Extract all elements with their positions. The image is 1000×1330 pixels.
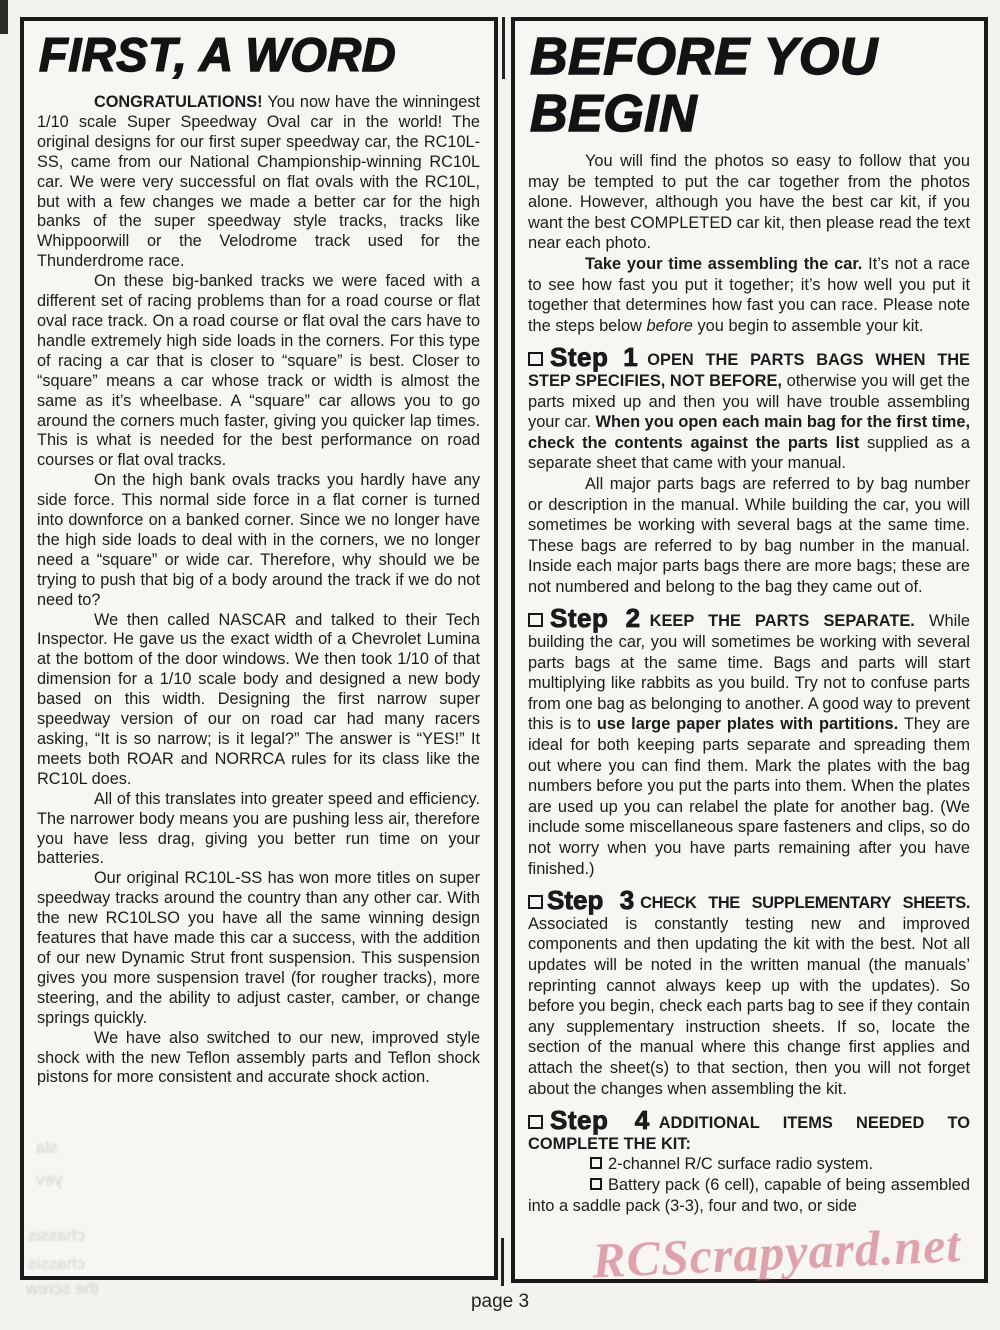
text-run: On these big-banked tracks we were faced… xyxy=(37,272,480,469)
step-3-label: Step 3 xyxy=(547,885,634,915)
step-4-label: Step 4 xyxy=(550,1105,650,1135)
checkbox-icon xyxy=(528,352,543,366)
page-fold-artifact-top xyxy=(502,17,505,79)
first-a-word-title: FIRST, A WORD xyxy=(39,29,480,81)
text-run: We have also switched to our new, improv… xyxy=(37,1029,480,1087)
step-4-item-radio: 2-channel R/C surface radio system. xyxy=(528,1154,970,1175)
scanned-manual-page: { "page": { "number_label": "page 3", "b… xyxy=(0,0,1000,1330)
step-3-paragraph: Step 3CHECK THE SUPPLEMENTARY SHEETS. As… xyxy=(528,889,970,1099)
paragraph: Our original RC10L-SS has won more title… xyxy=(37,869,480,1028)
text-run: On the high bank ovals tracks you hardly… xyxy=(37,471,480,608)
step-2-paragraph: Step 2KEEP THE PARTS SEPARATE. While bui… xyxy=(528,607,970,879)
congratulations-paragraph: CONGRATULATIONS! You now have the winnin… xyxy=(37,93,480,272)
bleed-through-text: chassis xyxy=(28,1226,85,1246)
paragraph: Take your time assembling the car. It’s … xyxy=(528,254,970,336)
text-run: You now have the winningest 1/10 scale S… xyxy=(37,93,480,270)
scan-corner-artifact xyxy=(0,0,8,34)
text-run: We then called NASCAR and talked to thei… xyxy=(37,611,480,788)
step-4-paragraph: Step 4ADDITIONAL ITEMS NEEDED TO COMPLET… xyxy=(528,1109,970,1154)
take-your-time-lead: Take your time assembling the car. xyxy=(585,255,862,273)
before-you-begin-title-line1: BEFORE YOU xyxy=(530,29,970,86)
text-run: Our original RC10L-SS has won more title… xyxy=(37,869,480,1026)
text-run: All of this translates into greater spee… xyxy=(37,790,480,868)
checkbox-icon xyxy=(528,895,543,909)
step-1-label: Step 1 xyxy=(550,342,638,372)
bleed-through-text: the screw xyxy=(26,1279,99,1299)
step-3-heading: CHECK THE SUPPLEMENTARY SHEETS. xyxy=(640,894,970,912)
step-2-heading: KEEP THE PARTS SEPARATE. xyxy=(650,612,915,630)
checkbox-icon xyxy=(590,1157,602,1169)
before-you-begin-body: You will find the photos so easy to foll… xyxy=(528,151,970,1216)
text-run: you begin to assemble your kit. xyxy=(693,317,924,335)
paragraph: You will find the photos so easy to foll… xyxy=(528,151,970,254)
before-you-begin-title-line2: BEGIN xyxy=(530,86,970,143)
paragraph: All of this translates into greater spee… xyxy=(37,790,480,870)
paragraph: On these big-banked tracks we were faced… xyxy=(37,272,480,471)
text-run: Associated is constantly testing new and… xyxy=(528,915,970,1098)
checkbox-icon xyxy=(528,613,543,627)
congratulations-lead: CONGRATULATIONS! xyxy=(94,93,263,111)
step-4-item-battery: Battery pack (6 cell), capable of being … xyxy=(528,1175,970,1216)
before-you-begin-panel: BEFORE YOU BEGIN You will find the photo… xyxy=(511,17,988,1283)
bleed-through-text: sla xyxy=(36,1138,58,1158)
paragraph: We have also switched to our new, improv… xyxy=(37,1029,480,1089)
first-a-word-body: CONGRATULATIONS! You now have the winnin… xyxy=(37,93,480,1088)
page-fold-artifact-bottom xyxy=(501,1238,504,1286)
text-run: 2-channel R/C surface radio system. xyxy=(608,1155,873,1173)
paragraph: All major parts bags are referred to by … xyxy=(528,474,970,598)
first-a-word-panel: FIRST, A WORD CONGRATULATIONS! You now h… xyxy=(20,17,498,1280)
text-run: before xyxy=(646,317,692,335)
text-run: They are ideal for both keeping parts se… xyxy=(528,715,970,877)
step-2-label: Step 2 xyxy=(550,603,641,633)
text-run: All major parts bags are referred to by … xyxy=(528,475,970,596)
text-run: You will find the photos so easy to foll… xyxy=(528,152,970,252)
before-you-begin-title: BEFORE YOU BEGIN xyxy=(530,29,970,143)
step-1-paragraph: Step 1OPEN THE PARTS BAGS WHEN THE STEP … xyxy=(528,346,970,474)
bleed-through-text: chassis xyxy=(28,1254,85,1274)
paragraph: We then called NASCAR and talked to thei… xyxy=(37,611,480,790)
checkbox-icon xyxy=(590,1178,602,1190)
checkbox-icon xyxy=(528,1115,543,1129)
page-number: page 3 xyxy=(0,1291,1000,1313)
bleed-through-text: yev xyxy=(36,1170,62,1190)
text-run: use large paper plates with partitions. xyxy=(597,715,898,733)
paragraph: On the high bank ovals tracks you hardly… xyxy=(37,471,480,610)
